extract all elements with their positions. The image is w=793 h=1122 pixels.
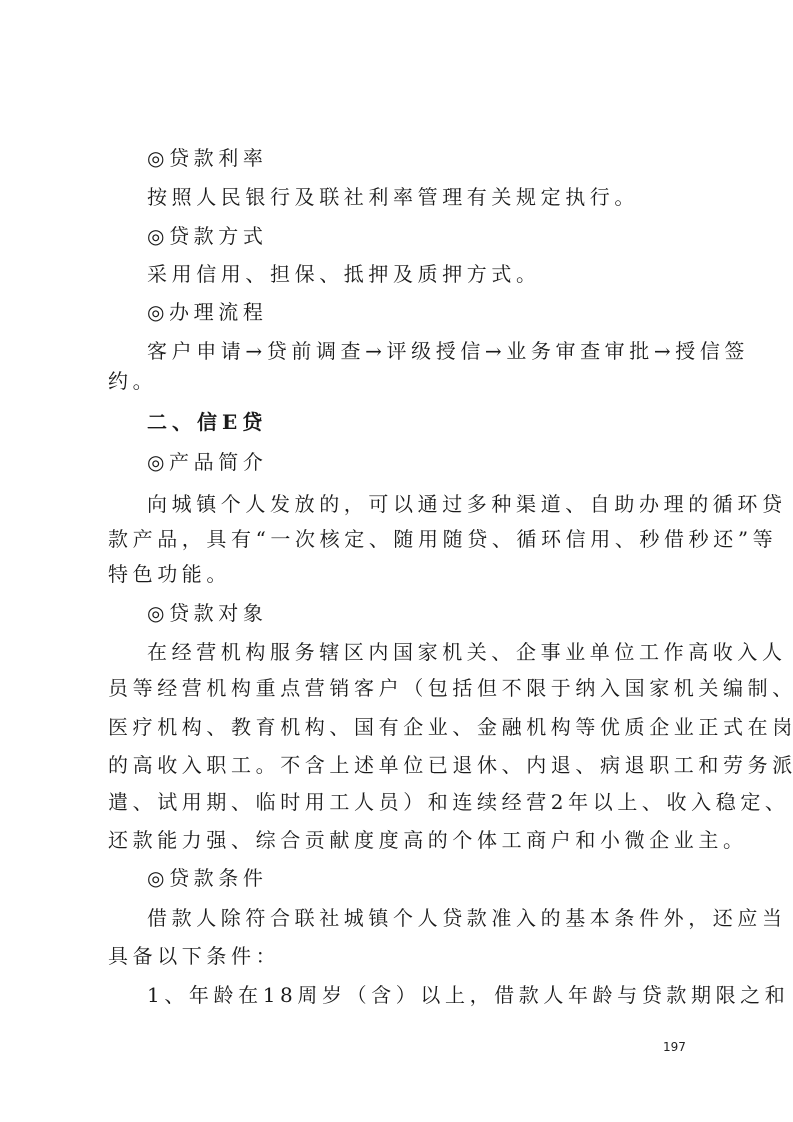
paragraph-line: 采用信用、担保、抵押及质押方式。	[147, 262, 541, 286]
subheading-loan-method: ◎贷款方式	[147, 224, 267, 248]
subheading-loan-conditions: ◎贷款条件	[147, 866, 267, 890]
paragraph-line: 遣、试用期、临时用工人员）和连续经营2年以上、收入稳定、	[108, 790, 790, 814]
paragraph-line: 在经营机构服务辖区内国家机关、企事业单位工作高收入人	[147, 640, 787, 664]
paragraph-line: 员等经营机构重点营销客户（包括但不限于纳入国家机关编制、	[108, 676, 793, 700]
paragraph-line: 按照人民银行及联社利率管理有关规定执行。	[147, 185, 639, 209]
subheading-process: ◎办理流程	[147, 300, 267, 324]
subheading-product-intro: ◎产品简介	[147, 450, 267, 474]
subheading-loan-rate: ◎贷款利率	[147, 146, 267, 170]
paragraph-line: 款产品，具有“一次核定、随用随贷、循环信用、秒借秒还”等	[108, 527, 777, 551]
paragraph-line: 具备以下条件：	[108, 944, 280, 968]
paragraph-line: 医疗机构、教育机构、国有企业、金融机构等优质企业正式在岗	[108, 715, 793, 739]
section-heading: 二、信E贷	[147, 410, 267, 434]
document-page: ◎贷款利率 按照人民银行及联社利率管理有关规定执行。 ◎贷款方式 采用信用、担保…	[0, 0, 793, 1122]
paragraph-line: 的高收入职工。不含上述单位已退休、内退、病退职工和劳务派	[108, 753, 793, 777]
paragraph-line: 向城镇个人发放的，可以通过多种渠道、自助办理的循环贷	[147, 492, 787, 516]
page-number: 197	[663, 1040, 686, 1054]
paragraph-line: 借款人除符合联社城镇个人贷款准入的基本条件外，还应当	[147, 906, 787, 930]
paragraph-line: 特色功能。	[108, 562, 231, 586]
paragraph-line: 约。	[108, 369, 157, 393]
paragraph-line: 1、年龄在18周岁（含）以上，借款人年龄与贷款期限之和	[147, 983, 789, 1007]
paragraph-line: 客户申请→贷前调查→评级授信→业务审查审批→授信签	[147, 339, 749, 363]
subheading-loan-target: ◎贷款对象	[147, 601, 267, 625]
paragraph-line: 还款能力强、综合贡献度度高的个体工商户和小微企业主。	[108, 828, 748, 852]
